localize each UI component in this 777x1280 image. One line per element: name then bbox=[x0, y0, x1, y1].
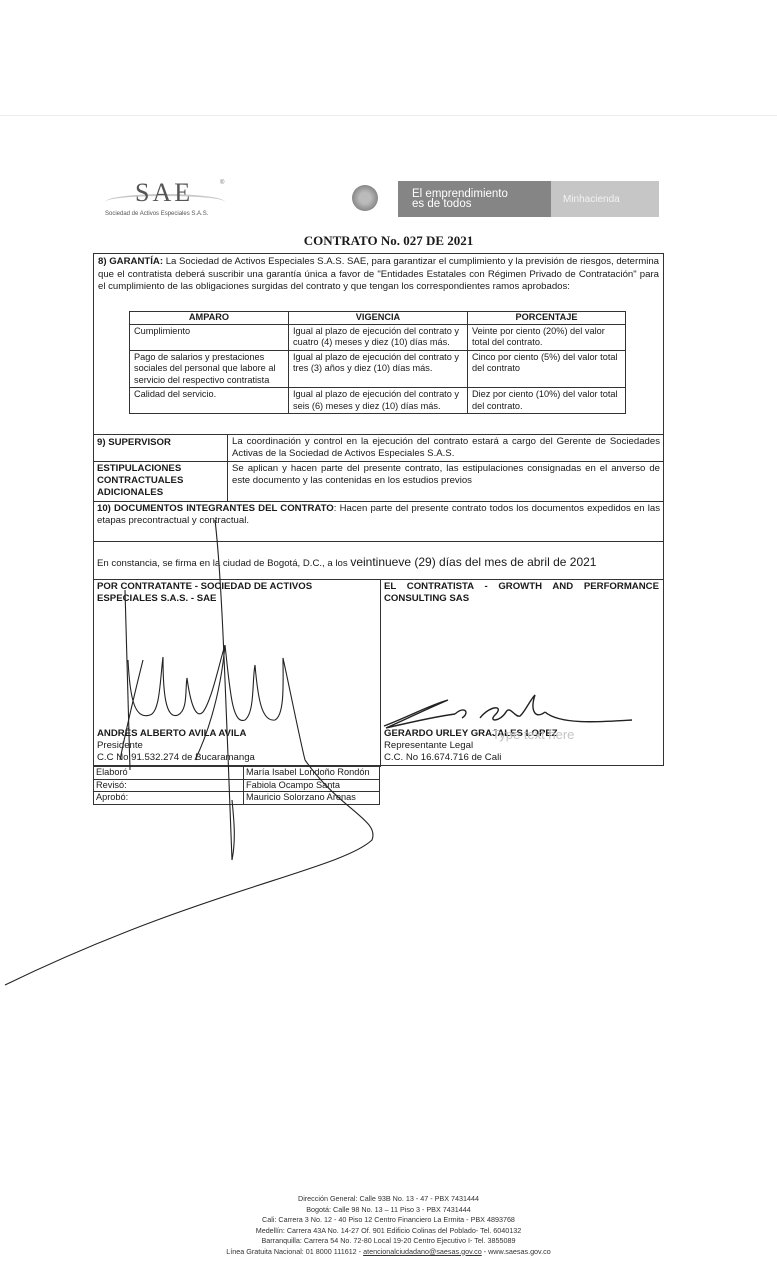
constancia-line: En constancia, se firma en la ciudad de … bbox=[97, 556, 660, 570]
placeholder-watermark: Type text here bbox=[492, 727, 574, 742]
page-footer: Dirección General: Calle 93B No. 13 - 47… bbox=[0, 1194, 777, 1257]
table-row: Aprobó: Mauricio Solorzano Arenas bbox=[94, 792, 380, 805]
revision-name: María Isabel Londoño Rondón bbox=[244, 767, 380, 780]
contratista-id: C.C. No 16.674.716 de Cali bbox=[384, 752, 659, 764]
table-row: Elaboró María Isabel Londoño Rondón bbox=[94, 767, 380, 780]
supervisor-text: La coordinación y control en la ejecució… bbox=[232, 436, 660, 460]
email-link[interactable]: atencionalciudadano@saesas.gov.co bbox=[363, 1247, 482, 1256]
contract-body: 8) GARANTÍA: La Sociedad de Activos Espe… bbox=[93, 253, 664, 766]
garantia-label: 8) GARANTÍA: bbox=[98, 256, 163, 267]
revision-table: Elaboró María Isabel Londoño Rondón Revi… bbox=[93, 766, 380, 805]
banner-line-2: es de todos bbox=[412, 199, 551, 209]
government-banner: El emprendimiento es de todos Minhaciend… bbox=[398, 181, 659, 217]
footer-line: Cali: Carrera 3 No. 12 - 40 Piso 12 Cent… bbox=[0, 1215, 777, 1226]
footer-website: - www.saesas.gov.co bbox=[482, 1247, 551, 1256]
table-cell: Igual al plazo de ejecución del contrato… bbox=[289, 388, 468, 414]
table-cell: Igual al plazo de ejecución del contrato… bbox=[289, 324, 468, 350]
table-header-row: AMPARO VIGENCIA PORCENTAJE bbox=[130, 312, 626, 325]
divider bbox=[380, 579, 381, 767]
table-cell: Pago de salarios y prestaciones sociales… bbox=[130, 350, 289, 388]
table-cell: Calidad del servicio. bbox=[130, 388, 289, 414]
contratante-role: Presidente bbox=[97, 740, 375, 752]
coat-of-arms-icon bbox=[352, 185, 378, 211]
table-row: Pago de salarios y prestaciones sociales… bbox=[130, 350, 626, 388]
table-row: Cumplimiento Igual al plazo de ejecución… bbox=[130, 324, 626, 350]
table-cell: Veinte por ciento (20%) del valor total … bbox=[468, 324, 626, 350]
scan-artifact-line bbox=[0, 115, 777, 116]
divider bbox=[227, 434, 228, 502]
banner-ministry: Minhacienda bbox=[551, 181, 659, 217]
revision-label: Revisó: bbox=[94, 779, 244, 792]
table-row: Revisó: Fabiola Ocampo Santa bbox=[94, 779, 380, 792]
column-header: VIGENCIA bbox=[289, 312, 468, 325]
contract-title: CONTRATO No. 027 DE 2021 bbox=[0, 233, 777, 249]
table-cell: Igual al plazo de ejecución del contrato… bbox=[289, 350, 468, 388]
divider bbox=[94, 501, 663, 502]
footer-line: Dirección General: Calle 93B No. 13 - 47… bbox=[0, 1194, 777, 1205]
estipulaciones-text: Se aplican y hacen parte del presente co… bbox=[232, 463, 660, 487]
sae-logo: SAE ® Sociedad de Activos Especiales S.A… bbox=[105, 178, 235, 220]
footer-hotline: Línea Gratuita Nacional: 01 8000 111612 … bbox=[226, 1247, 363, 1256]
footer-contact-line: Línea Gratuita Nacional: 01 8000 111612 … bbox=[0, 1247, 777, 1258]
divider bbox=[94, 579, 663, 580]
documentos-section: 10) DOCUMENTOS INTEGRANTES DEL CONTRATO:… bbox=[97, 503, 660, 527]
estipulaciones-label: ESTIPULACIONES CONTRACTUALES ADICIONALES bbox=[97, 463, 207, 499]
signing-date: veintinueve (29) días del mes de abril d… bbox=[350, 555, 596, 569]
column-header: AMPARO bbox=[130, 312, 289, 325]
column-header: PORCENTAJE bbox=[468, 312, 626, 325]
banner-slogan: El emprendimiento es de todos bbox=[398, 181, 551, 217]
footer-line: Barranquilla: Carrera 54 No. 72-80 Local… bbox=[0, 1236, 777, 1247]
logo-text: SAE bbox=[135, 178, 193, 208]
revision-name: Mauricio Solorzano Arenas bbox=[244, 792, 380, 805]
documentos-label: 10) DOCUMENTOS INTEGRANTES DEL CONTRATO bbox=[97, 503, 334, 514]
contratante-name: ANDRÉS ALBERTO AVILA AVILA bbox=[97, 728, 375, 740]
divider bbox=[94, 541, 663, 542]
revision-label: Elaboró bbox=[94, 767, 244, 780]
constancia-prefix: En constancia, se firma en la ciudad de … bbox=[97, 558, 350, 569]
table-row: Calidad del servicio. Igual al plazo de … bbox=[130, 388, 626, 414]
revision-label: Aprobó: bbox=[94, 792, 244, 805]
logo-subtitle: Sociedad de Activos Especiales S.A.S. bbox=[105, 211, 208, 217]
divider bbox=[94, 461, 663, 462]
revision-name: Fabiola Ocampo Santa bbox=[244, 779, 380, 792]
amparo-table: AMPARO VIGENCIA PORCENTAJE Cumplimiento … bbox=[129, 311, 626, 414]
footer-line: Bogotá: Calle 98 No. 13 – 11 Piso 3 - PB… bbox=[0, 1205, 777, 1216]
footer-line: Medellín: Carrera 43A No. 14-27 Of. 901 … bbox=[0, 1226, 777, 1237]
supervisor-label: 9) SUPERVISOR bbox=[97, 437, 222, 449]
contratista-heading: EL CONTRATISTA - GROWTH AND PERFORMANCE … bbox=[384, 581, 659, 605]
table-cell: Cumplimiento bbox=[130, 324, 289, 350]
contratante-signature-block: ANDRÉS ALBERTO AVILA AVILA Presidente C.… bbox=[97, 728, 375, 764]
registered-mark: ® bbox=[220, 180, 224, 186]
garantia-section: 8) GARANTÍA: La Sociedad de Activos Espe… bbox=[94, 256, 663, 294]
contratante-id: C.C No 91.532.274 de Bucaramanga bbox=[97, 752, 375, 764]
table-cell: Diez por ciento (10%) del valor total de… bbox=[468, 388, 626, 414]
divider bbox=[94, 434, 663, 435]
garantia-text: La Sociedad de Activos Especiales S.A.S.… bbox=[98, 256, 659, 292]
contratante-heading: POR CONTRATANTE - SOCIEDAD DE ACTIVOS ES… bbox=[97, 581, 375, 605]
table-cell: Cinco por ciento (5%) del valor total de… bbox=[468, 350, 626, 388]
